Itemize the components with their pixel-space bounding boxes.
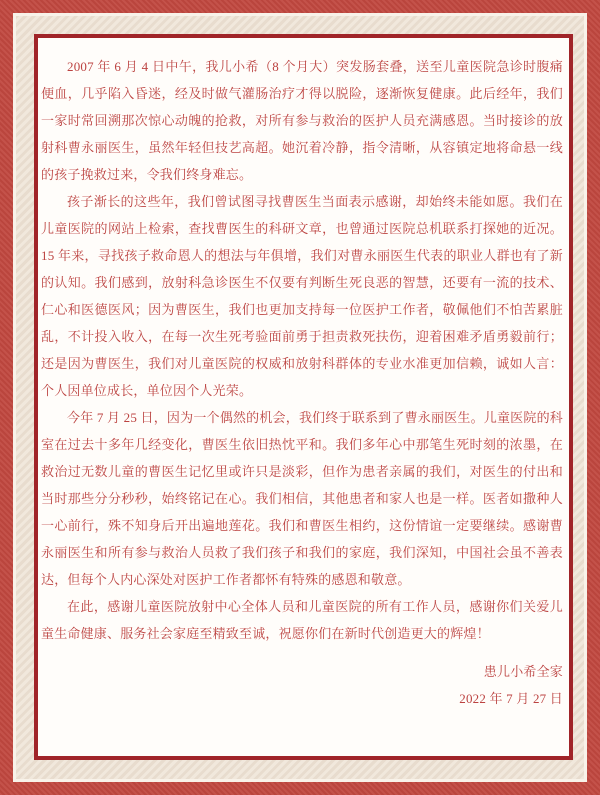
- letter-paragraph-1: 2007 年 6 月 4 日中午，我儿小希（8 个月大）突发肠套叠，送至儿童医院…: [41, 53, 563, 188]
- letter-paper: 2007 年 6 月 4 日中午，我儿小希（8 个月大）突发肠套叠，送至儿童医院…: [34, 34, 573, 760]
- letter-paragraph-3: 今年 7 月 25 日，因为一个偶然的机会，我们终于联系到了曹永丽医生。儿童医院…: [41, 404, 563, 593]
- letter-paragraph-2: 孩子渐长的这些年，我们曾试图寻找曹医生当面表示感谢，却始终未能如愿。我们在儿童医…: [41, 188, 563, 404]
- signature-date: 2022 年 7 月 27 日: [41, 685, 563, 712]
- letter-mat: 2007 年 6 月 4 日中午，我儿小希（8 个月大）突发肠套叠，送至儿童医院…: [13, 13, 587, 782]
- letter-paragraph-4: 在此，感谢儿童医院放射中心全体人员和儿童医院的所有工作人员，感谢你们关爱儿童生命…: [41, 593, 563, 647]
- signature-block: 患儿小希全家 2022 年 7 月 27 日: [41, 658, 563, 712]
- letter-body: 2007 年 6 月 4 日中午，我儿小希（8 个月大）突发肠套叠，送至儿童医院…: [41, 53, 563, 647]
- letter-frame: 2007 年 6 月 4 日中午，我儿小希（8 个月大）突发肠套叠，送至儿童医院…: [0, 0, 600, 795]
- signature-name: 患儿小希全家: [41, 658, 563, 685]
